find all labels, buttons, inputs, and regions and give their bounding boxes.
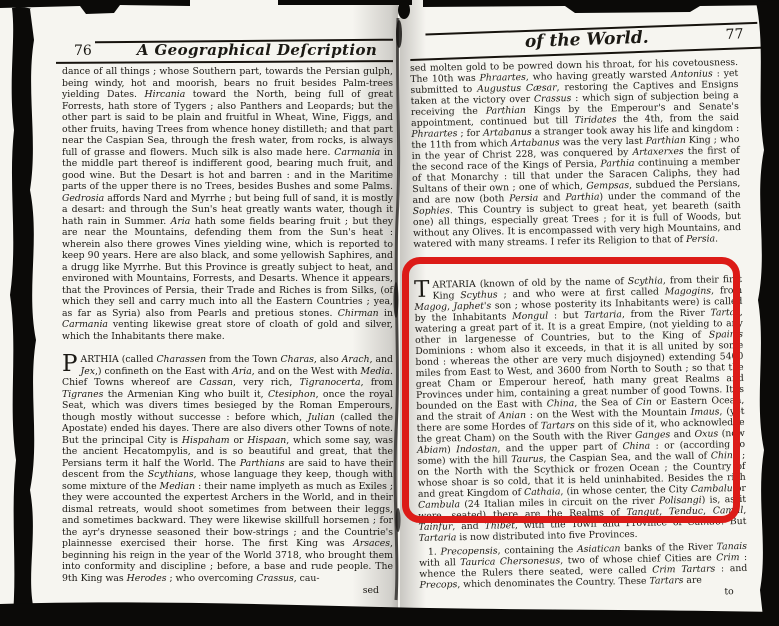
- running-title-left: A Geographical Deſcription: [132, 41, 382, 59]
- paragraph-tartaria: TARTARIA (known of old by the name of Sc…: [414, 274, 747, 544]
- page-number-left: 76: [74, 43, 92, 59]
- drop-cap-letter: T: [414, 280, 433, 300]
- page-right-text-column: sed molten gold to be powred down his th…: [410, 57, 748, 603]
- book-scan: 76 A Geographical Deſcription dance of a…: [0, 0, 779, 626]
- paragraph-parthia: PARTHIA (called Charassen from the Town …: [62, 354, 393, 584]
- page-left-text-column: dance of all things ; whose Southern par…: [62, 66, 393, 597]
- page-number-right: 77: [725, 26, 743, 43]
- paragraph-tartaria-text: ARTARIA (known of old by the name of Scy…: [414, 274, 746, 544]
- paragraph-persia-continuation: dance of all things ; whose Southern par…: [62, 66, 393, 342]
- header-rule-bottom-left: [56, 60, 393, 64]
- paragraph-parthia-text: ARTHIA (called Charassen from the Town C…: [62, 354, 393, 584]
- catchword-left: sed: [62, 585, 393, 597]
- drop-cap-letter: P: [62, 354, 80, 374]
- paragraph-parthia-end: sed molten gold to be powred down his th…: [410, 57, 741, 250]
- list-item-precopensis: 1. Precopensis, containing the Asiatican…: [419, 541, 748, 591]
